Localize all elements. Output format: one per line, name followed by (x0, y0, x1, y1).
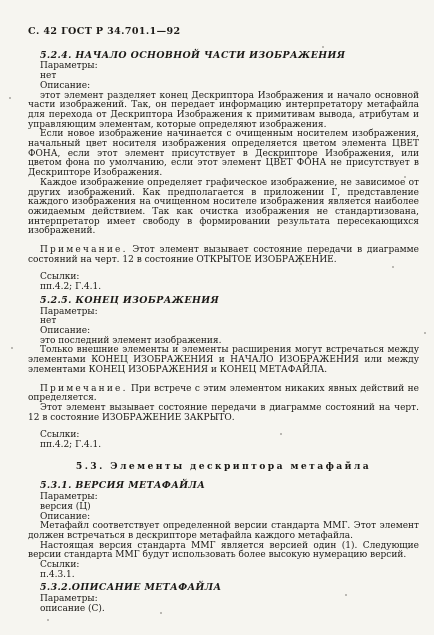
scan-speck (280, 433, 282, 435)
refs-label: Ссылки: (40, 561, 419, 571)
scan-speck (47, 619, 49, 621)
params-value: нет (40, 317, 419, 327)
paragraph: Метафайл соответствует определенной верс… (28, 522, 419, 541)
references-block: Ссылки: пп.4.2; Г.4.1. (28, 431, 419, 450)
note-label: Примечание. (40, 245, 128, 255)
running-header: С. 42 ГОСТ Р 34.701.1—92 (28, 27, 419, 37)
scan-speck (300, 263, 302, 265)
params-label: Параметры: (40, 62, 419, 72)
scan-speck (416, 92, 418, 94)
scan-speck (392, 266, 394, 268)
document-page: С. 42 ГОСТ Р 34.701.1—92 5.2.4. НАЧАЛО О… (0, 0, 434, 635)
note-paragraph: Примечание. При встрече с этим элементом… (28, 385, 419, 404)
params-label: Параметры: (40, 493, 419, 503)
scan-speck (424, 332, 426, 334)
paragraph: Каждое изображение определяет графическо… (28, 179, 419, 237)
section-heading-5-2-4: 5.2.4. НАЧАЛО ОСНОВНОЙ ЧАСТИ ИЗОБРАЖЕНИЯ (40, 51, 419, 61)
section-heading-5-3: 5.3. Элементы дескриптора метафайла (28, 462, 419, 472)
params-value: версия (Ц) (40, 503, 419, 513)
scan-speck (9, 97, 11, 99)
note-paragraph: Примечание. Этот элемент вызывает состоя… (28, 246, 419, 265)
scan-speck (345, 594, 347, 596)
params-value: нет (40, 72, 419, 82)
paragraph: Этот элемент вызывает состояние передачи… (28, 404, 419, 423)
params-value: описание (С). (40, 605, 419, 615)
paragraph: Только внешние элементы и элементы расши… (28, 346, 419, 375)
scan-speck (11, 347, 13, 349)
scan-speck (322, 46, 324, 48)
refs-value: пп.4.2; Г.4.1. (40, 441, 419, 451)
paragraph: этот элемент разделяет конец Дескриптора… (28, 92, 419, 131)
paragraph: Если новое изображение начинается с очищ… (28, 130, 419, 179)
paragraph: Настоящая версия стандарта ММГ является … (28, 542, 419, 561)
section-heading-5-3-2: 5.3.2.ОПИСАНИЕ МЕТАФАЙЛА (40, 583, 419, 593)
scan-speck (404, 176, 406, 178)
references-block: Ссылки: пп.4.2; Г.4.1. (28, 273, 419, 292)
section-heading-5-3-1: 5.3.1. ВЕРСИЯ МЕТАФАЙЛА (40, 481, 419, 491)
references-block: Ссылки: п.4.3.1. (28, 561, 419, 580)
note-label: Примечание. (40, 384, 128, 394)
refs-value: пп.4.2; Г.4.1. (40, 283, 419, 293)
section-heading-5-2-5: 5.2.5. КОНЕЦ ИЗОБРАЖЕНИЯ (40, 296, 419, 306)
params-label: Параметры: (40, 308, 419, 318)
scan-speck (160, 612, 162, 614)
refs-value: п.4.3.1. (40, 571, 419, 581)
